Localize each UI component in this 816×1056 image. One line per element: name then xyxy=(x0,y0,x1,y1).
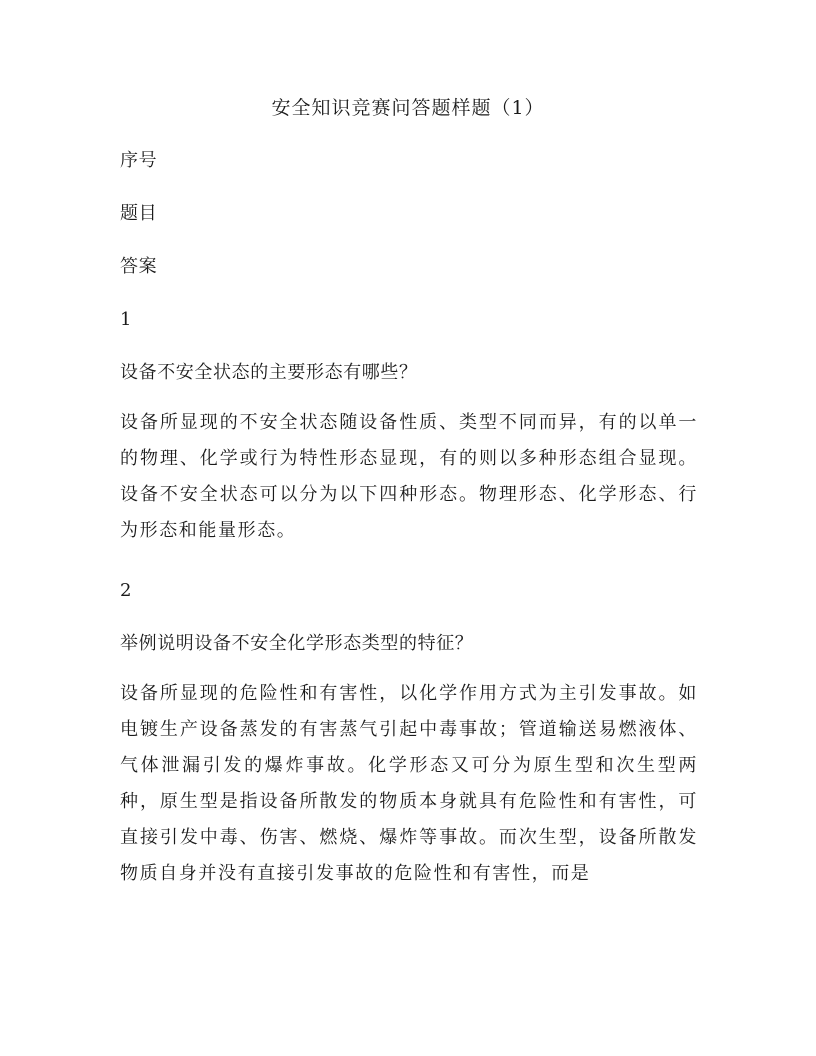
item-2-question: 举例说明设备不安全化学形态类型的特征？ xyxy=(120,630,473,658)
item-2-index: 2 xyxy=(120,577,132,605)
document-title: 安全知识竞赛问答题样题（1） xyxy=(0,94,816,122)
header-answer: 答案 xyxy=(120,253,157,281)
item-1-question: 设备不安全状态的主要形态有哪些？ xyxy=(120,359,418,387)
document-page: 安全知识竞赛问答题样题（1） 序号 题目 答案 1 设备不安全状态的主要形态有哪… xyxy=(0,0,816,1056)
header-index: 序号 xyxy=(120,147,157,175)
header-question: 题目 xyxy=(120,200,157,228)
item-1-answer: 设备所显现的不安全状态随设备性质、类型不同而异，有的以单一的物理、化学或行为特性… xyxy=(120,405,698,549)
item-1-index: 1 xyxy=(120,306,132,334)
item-2-answer: 设备所显现的危险性和有害性，以化学作用方式为主引发事故。如电镀生产设备蒸发的有害… xyxy=(120,676,698,892)
